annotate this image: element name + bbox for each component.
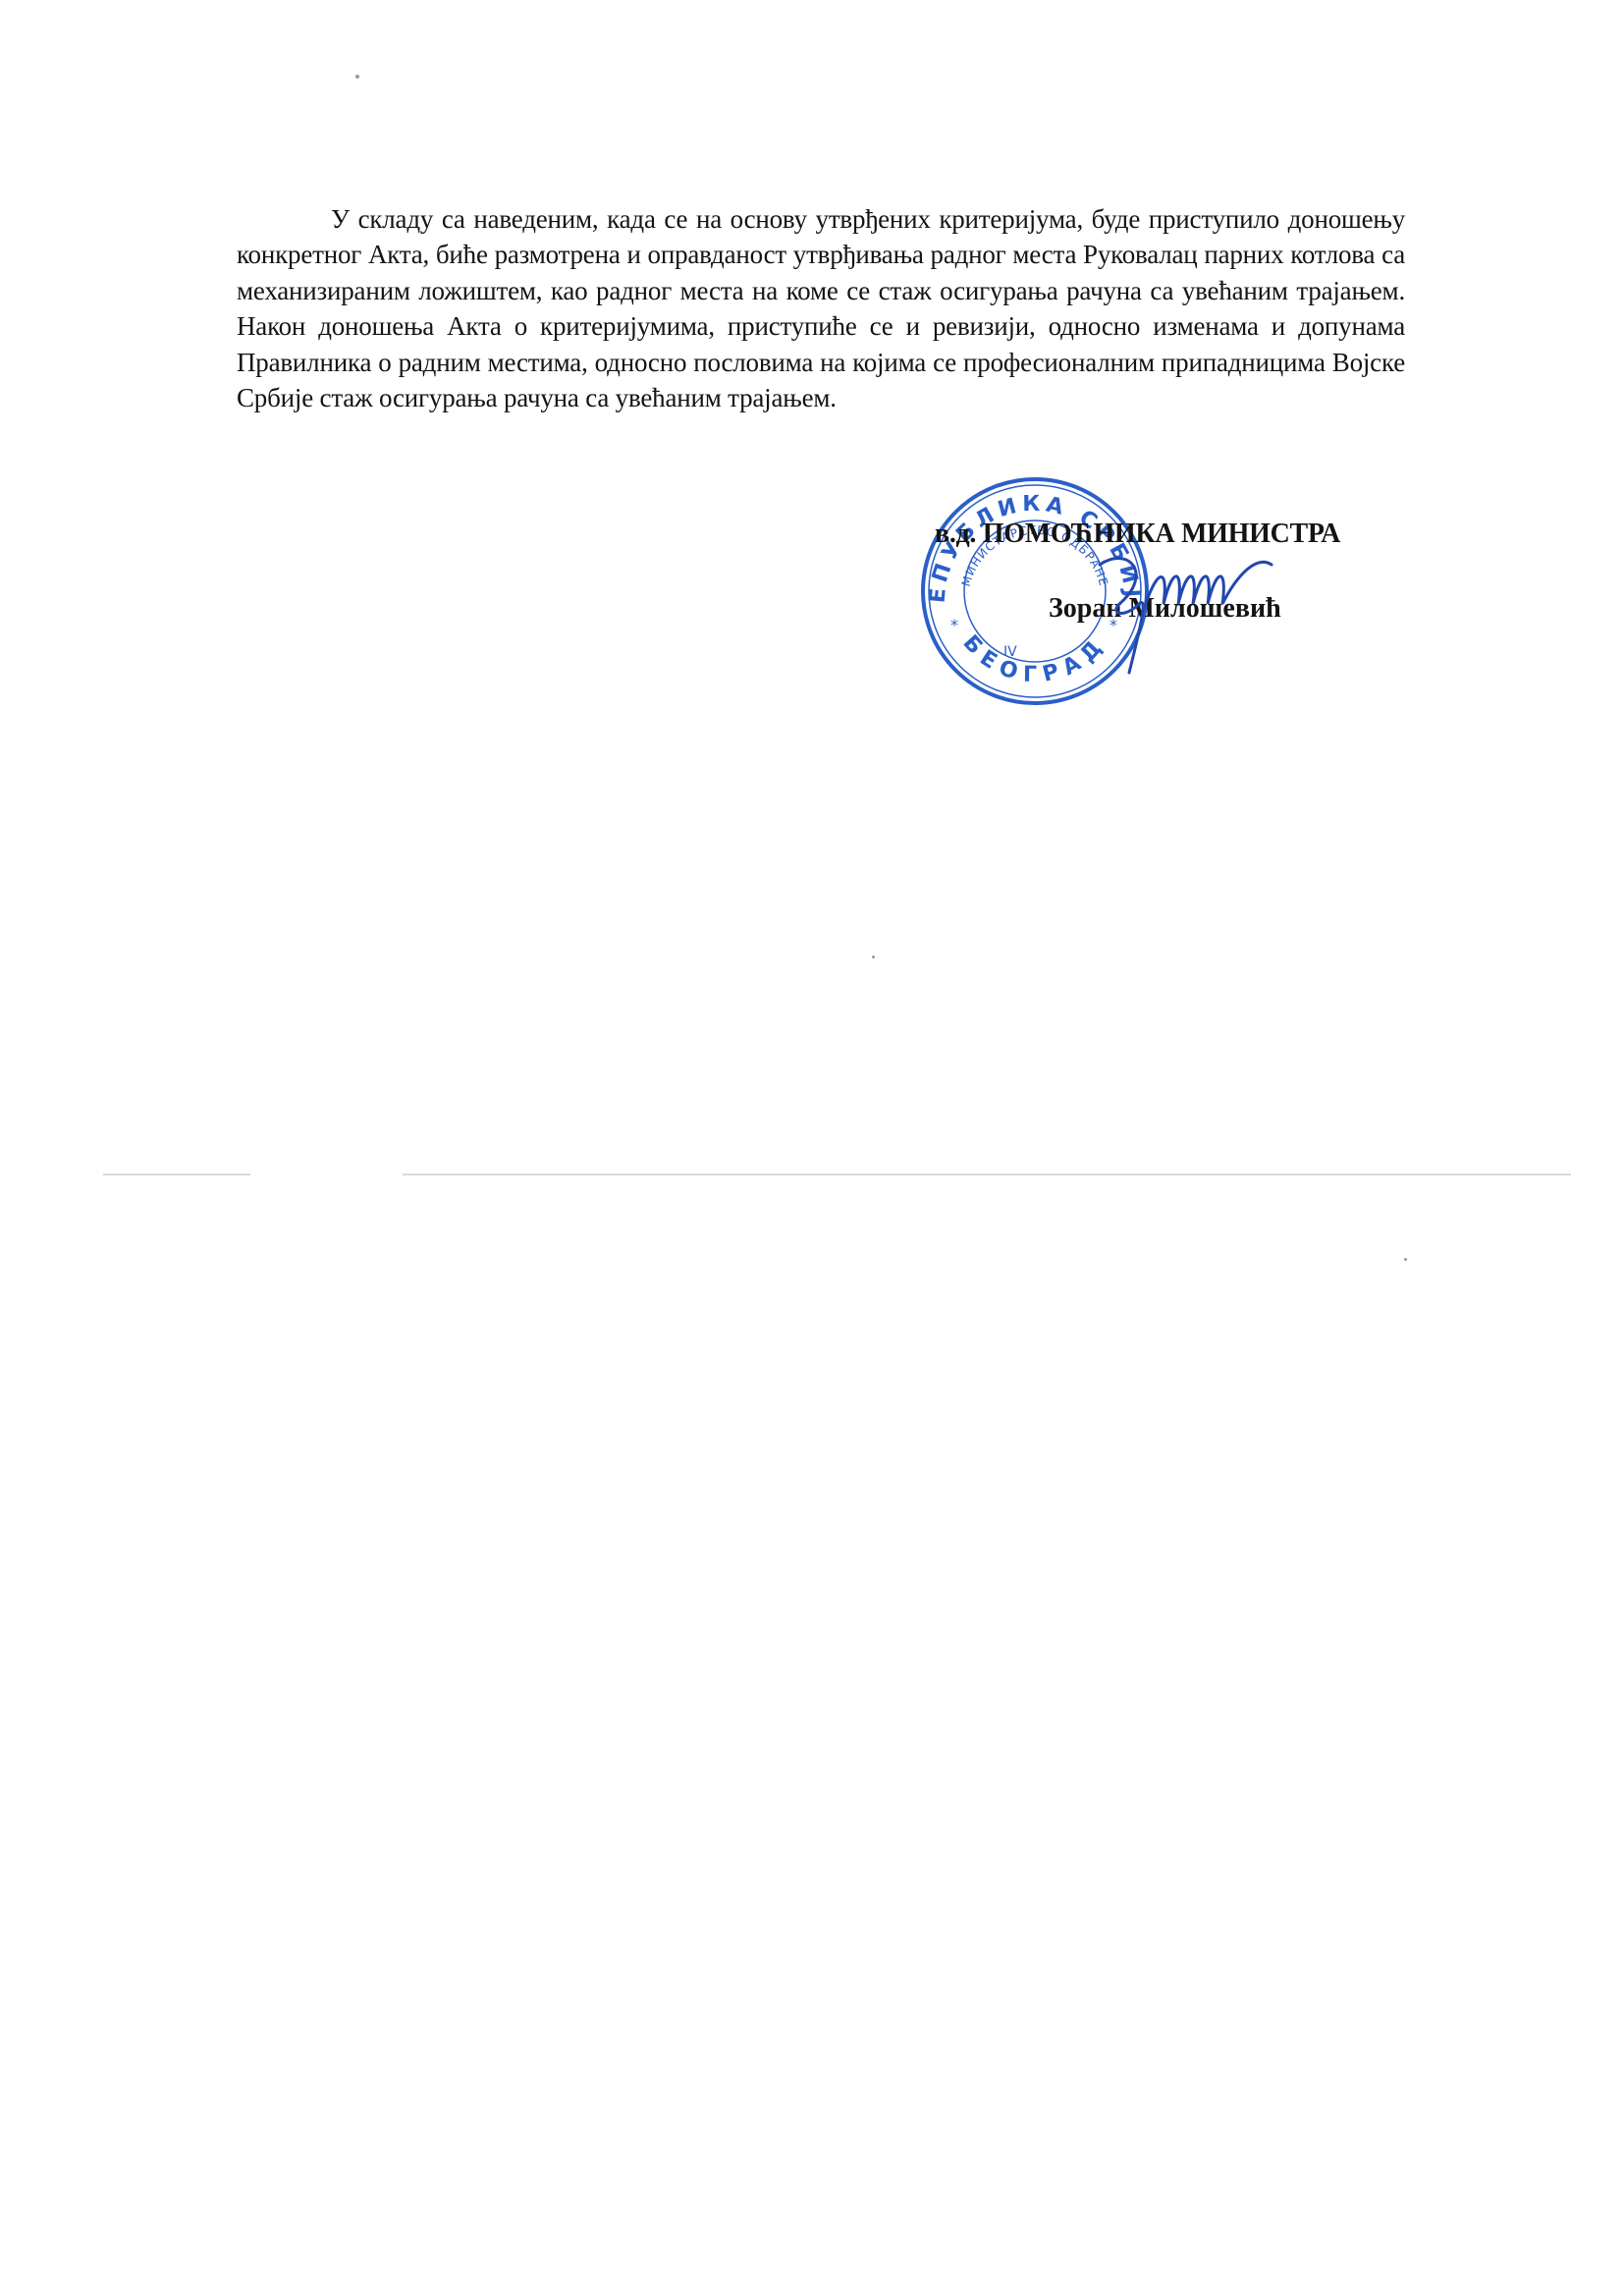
scan-speck: [1404, 1258, 1407, 1261]
scan-fold-line: [403, 1174, 1571, 1175]
svg-text:*: *: [950, 616, 958, 634]
scan-fold-line: [103, 1174, 250, 1175]
paragraph-text: У складу са наведеним, када се на основу…: [237, 204, 1405, 412]
scan-speck: [872, 956, 875, 958]
document-page: У складу са наведеним, када се на основу…: [0, 0, 1624, 2296]
scan-speck: [355, 75, 359, 79]
handwritten-signature-icon: [1060, 535, 1326, 683]
svg-text:IV: IV: [1003, 644, 1017, 660]
body-paragraph: У складу са наведеним, када се на основу…: [237, 201, 1405, 415]
